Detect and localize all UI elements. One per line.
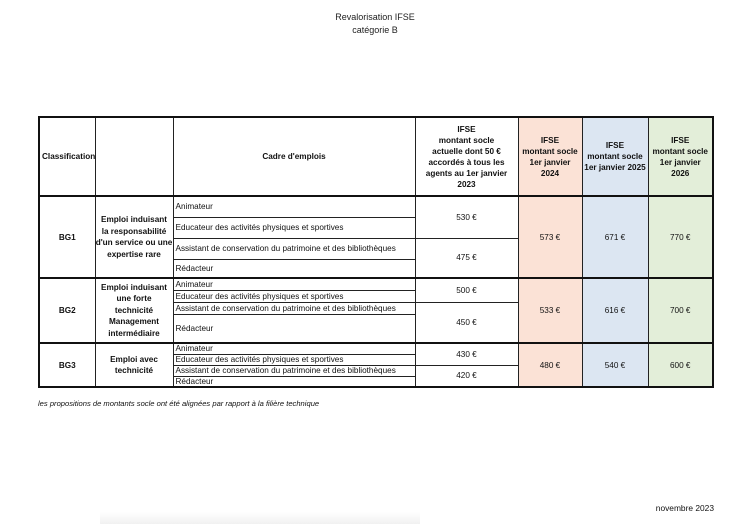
document-subtitle: catégorie B (0, 24, 750, 36)
amount-2024: 533 € (518, 278, 582, 343)
cadre-emploi: Rédacteur (173, 314, 415, 343)
header-description (95, 117, 173, 196)
page-shadow (100, 512, 420, 524)
cadre-emploi: Assistant de conservation du patrimoine … (173, 302, 415, 314)
amount-2026: 700 € (648, 278, 713, 343)
cadre-emploi: Rédacteur (173, 376, 415, 387)
cadre-emploi: Rédacteur (173, 259, 415, 278)
cadre-emploi: Animateur (173, 343, 415, 354)
amount-actuel: 430 € (415, 343, 518, 365)
amount-2024: 573 € (518, 196, 582, 278)
amount-actuel: 450 € (415, 302, 518, 343)
header-classification: Classification (39, 117, 95, 196)
header-2025: IFSEmontant socle1er janvier 2025 (582, 117, 648, 196)
header-actuel: IFSEmontant socleactuelle dont 50 €accor… (415, 117, 518, 196)
table-row: BG3Emploi avectechnicitéAnimateur430 €48… (39, 343, 713, 354)
header-cadre: Cadre d'emplois (173, 117, 415, 196)
document-date: novembre 2023 (656, 503, 714, 513)
group-description: Emploi induisantune fortetechnicitéManag… (95, 278, 173, 343)
amount-actuel: 500 € (415, 278, 518, 302)
group-code: BG1 (39, 196, 95, 278)
group-description: Emploi avectechnicité (95, 343, 173, 387)
amount-actuel: 420 € (415, 365, 518, 387)
group-description: Emploi induisantla responsabilitéd'un se… (95, 196, 173, 278)
document-title: Revalorisation IFSE (0, 11, 750, 23)
footnote: les propositions de montants socle ont é… (38, 399, 319, 408)
table-row: BG1Emploi induisantla responsabilitéd'un… (39, 196, 713, 217)
ifse-table: Classification Cadre d'emplois IFSEmonta… (38, 116, 714, 388)
cadre-emploi: Assistant de conservation du patrimoine … (173, 365, 415, 376)
cadre-emploi: Educateur des activités physiques et spo… (173, 354, 415, 365)
header-2026: IFSEmontant socle1er janvier2026 (648, 117, 713, 196)
amount-2024: 480 € (518, 343, 582, 387)
amount-2025: 616 € (582, 278, 648, 343)
group-code: BG2 (39, 278, 95, 343)
header-row: Classification Cadre d'emplois IFSEmonta… (39, 117, 713, 196)
cadre-emploi: Animateur (173, 278, 415, 290)
amount-2025: 540 € (582, 343, 648, 387)
header-2024: IFSEmontant socle1er janvier2024 (518, 117, 582, 196)
amount-actuel: 530 € (415, 196, 518, 238)
cadre-emploi: Educateur des activités physiques et spo… (173, 290, 415, 302)
amount-2026: 770 € (648, 196, 713, 278)
group-code: BG3 (39, 343, 95, 387)
amount-actuel: 475 € (415, 238, 518, 278)
cadre-emploi: Educateur des activités physiques et spo… (173, 217, 415, 238)
cadre-emploi: Animateur (173, 196, 415, 217)
table-row: BG2Emploi induisantune fortetechnicitéMa… (39, 278, 713, 290)
amount-2025: 671 € (582, 196, 648, 278)
cadre-emploi: Assistant de conservation du patrimoine … (173, 238, 415, 259)
amount-2026: 600 € (648, 343, 713, 387)
